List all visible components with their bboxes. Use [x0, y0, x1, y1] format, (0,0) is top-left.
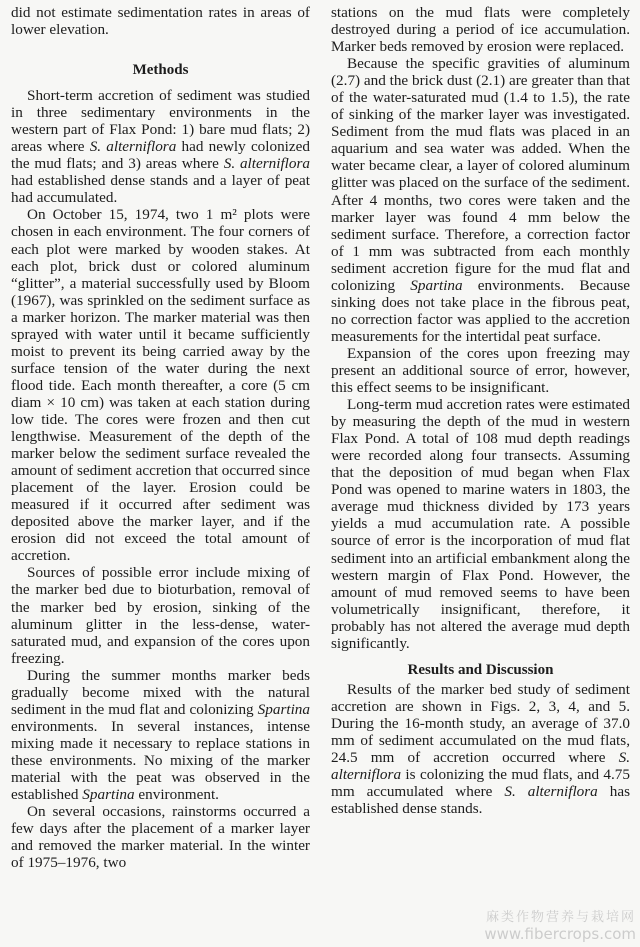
section-heading-results: Results and Discussion	[331, 662, 630, 679]
species-name: S. alterniflora	[90, 138, 177, 155]
paragraph-specific-gravity: Because the specific gravities of alumin…	[331, 55, 630, 345]
genus-name: Spartina	[258, 701, 310, 718]
genus-name: Spartina	[410, 277, 462, 294]
left-column: did not estimate sedimentation rates in …	[11, 4, 310, 871]
paragraph-rainstorms: On several occasions, rainstorms occurre…	[11, 803, 310, 871]
paragraph-results: Results of the marker bed study of sedim…	[331, 681, 630, 817]
watermark: 麻类作物营养与栽培网 www.fibercrops.com	[484, 909, 636, 943]
species-name: S. alterniflora	[224, 155, 310, 172]
genus-name: Spartina	[82, 786, 134, 803]
paragraph-core-expansion: Expansion of the cores upon freezing may…	[331, 345, 630, 396]
paragraph-summer-mixing: During the summer months marker beds gra…	[11, 667, 310, 803]
paragraph-error-sources: Sources of possible error include mixing…	[11, 564, 310, 666]
species-name: S. alterniflora	[504, 783, 597, 800]
section-heading-methods: Methods	[11, 62, 310, 79]
paragraph-methods-environments: Short-term accretion of sediment was stu…	[11, 87, 310, 206]
watermark-chinese: 麻类作物营养与栽培网	[484, 909, 636, 926]
paragraph-methods-plots: On October 15, 1974, two 1 m² plots were…	[11, 206, 310, 564]
paragraph-long-term-accretion: Long-term mud accretion rates were estim…	[331, 396, 630, 652]
watermark-url: www.fibercrops.com	[484, 926, 636, 943]
right-column: stations on the mud flats were completel…	[331, 4, 630, 817]
paragraph-ice-destruction: stations on the mud flats were completel…	[331, 4, 630, 55]
paragraph-intro-tail: did not estimate sedimentation rates in …	[11, 4, 310, 38]
